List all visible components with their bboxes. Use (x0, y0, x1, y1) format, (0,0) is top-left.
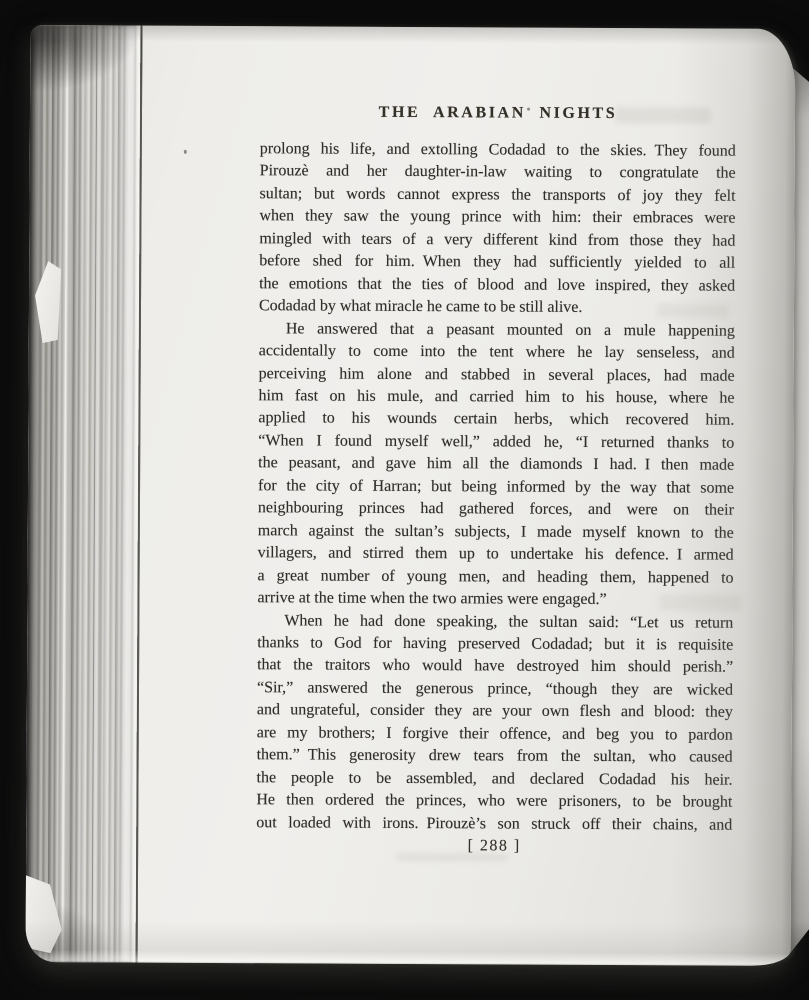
text-line: sultan; but words cannot express the tra… (260, 183, 736, 208)
text-line: Codadad by what miracle he came to be st… (259, 295, 735, 320)
book-page: THE ARABIAN NIGHTS prolong his life, and… (26, 25, 796, 966)
stacked-page-edges (26, 25, 143, 963)
text-line: neighbouring princes had gathered forces… (258, 497, 734, 522)
text-line: “Sir,” answered the generous prince, “th… (257, 677, 733, 702)
text-line: villagers, and stirred them up to undert… (258, 542, 734, 567)
text-line: the emotions that the ties of blood and … (259, 273, 735, 298)
text-line: When he had done speaking, the sultan sa… (257, 610, 733, 635)
text-line: He then ordered the princes, who were pr… (256, 789, 732, 814)
text-line: mingled with tears of a very different k… (259, 228, 735, 253)
text-line: march against the sultan’s subjects, I m… (258, 520, 734, 545)
text-line: out loaded with irons. Pirouzè’s son str… (256, 812, 732, 837)
top-edge-shadow (30, 25, 795, 45)
text-line: them.” This generosity drew tears from t… (257, 744, 733, 769)
text-line: thanks to God for having preserved Codad… (257, 632, 733, 657)
text-line: prolong his life, and extolling Codadad … (260, 138, 736, 163)
text-line: the peasant, and gave him all the diamon… (258, 453, 734, 478)
text-line: a great number of young men, and heading… (258, 565, 734, 590)
text-line: that the traitors who would have destroy… (257, 655, 733, 680)
text-line: the people to be assembled, and declared… (256, 767, 732, 792)
text-line: him fast on his mule, and carried him to… (258, 385, 734, 410)
torn-paper-scrap (26, 875, 62, 953)
text-line: before shed for him. When they had suffi… (259, 250, 735, 275)
running-head: THE ARABIAN NIGHTS (260, 103, 736, 123)
text-line: “When I found myself well,” added he, “I… (258, 430, 734, 455)
text-line: He answered that a peasant mounted on a … (259, 318, 735, 343)
page-number: [ 288 ] (256, 836, 732, 856)
text-line: are my brothers; I forgive their offence… (257, 722, 733, 747)
text-line: perceiving him alone and stabbed in seve… (259, 363, 735, 388)
dust-speck (184, 150, 187, 154)
bottom-edge-shadow (26, 920, 791, 966)
text-line: for the city of Harran; but being inform… (258, 475, 734, 500)
paragraph: He answered that a peasant mounted on a … (257, 318, 735, 612)
photo-frame: THE ARABIAN NIGHTS prolong his life, and… (0, 0, 809, 1000)
text-line: arrive at the time when the two armies w… (257, 587, 733, 612)
text-line: when they saw the young prince with him:… (259, 206, 735, 231)
text-line: accidentally to come into the tent where… (259, 340, 735, 365)
paragraph: When he had done speaking, the sultan sa… (256, 610, 733, 837)
body-text: prolong his life, and extolling Codadad … (256, 138, 736, 837)
text-line: applied to his wounds certain herbs, whi… (258, 408, 734, 433)
text-line: and ungrateful, consider they are your o… (257, 700, 733, 725)
paragraph: prolong his life, and extolling Codadad … (259, 138, 736, 320)
text-line: Pirouzè and her daughter-in-law waiting … (260, 161, 736, 186)
torn-paper-scrap (35, 261, 61, 343)
